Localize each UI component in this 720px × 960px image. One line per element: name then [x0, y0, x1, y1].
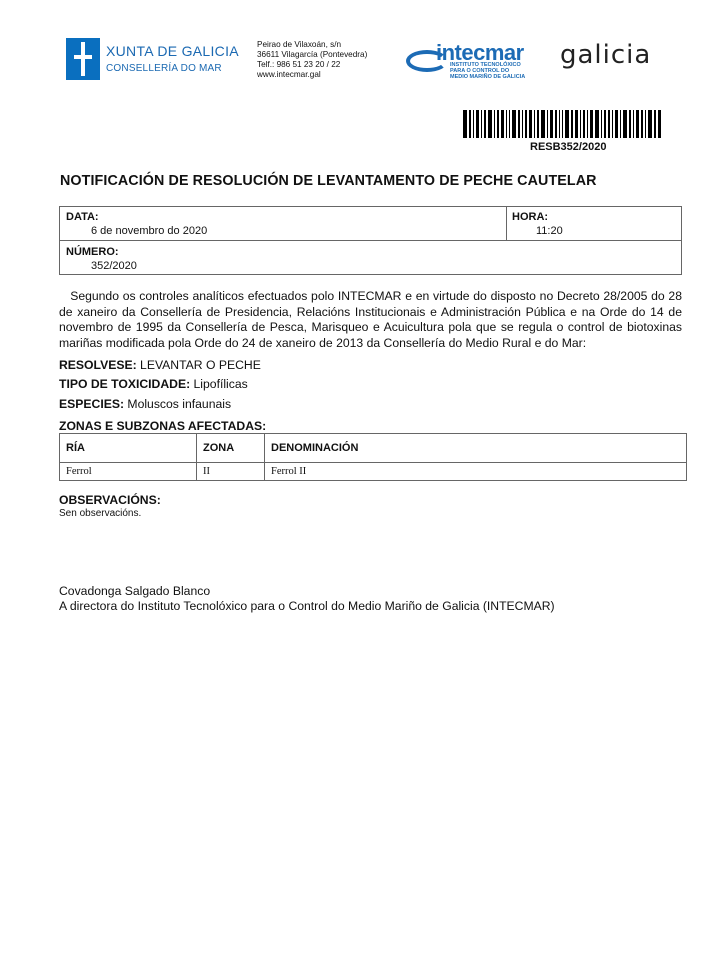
address-line: 36611 Vilagarcía (Pontevedra): [257, 50, 367, 60]
species-field: ESPECIES: Moluscos infaunais: [59, 397, 231, 411]
document-title: NOTIFICACIÓN DE RESOLUCIÓN DE LEVANTAMEN…: [60, 173, 597, 189]
zones-title: ZONAS E SUBZONAS AFECTADAS:: [59, 419, 266, 433]
address-line: Peirao de Vilaxoán, s/n: [257, 40, 367, 50]
cell-zona: II: [197, 463, 265, 481]
xunta-subtitle: CONSELLERÍA DO MAR: [106, 63, 239, 75]
barcode: [463, 110, 679, 138]
cell-denominacion: Ferrol II: [265, 463, 687, 481]
resolvese-label: RESOLVESE:: [59, 358, 137, 372]
intecmar-tagline: INSTITUTO TECNOLÓXICO PARA O CONTROL DO …: [450, 62, 525, 80]
header-zona: ZONA: [197, 434, 265, 463]
header-denominacion: DENOMINACIÓN: [265, 434, 687, 463]
legal-paragraph: Segundo os controles analíticos efectuad…: [59, 289, 682, 351]
resolvese-field: RESOLVESE: LEVANTAR O PECHE: [59, 358, 261, 372]
observations-value: Sen observacións.: [59, 508, 141, 519]
signatory-name: Covadonga Salgado Blanco: [59, 584, 555, 599]
resolvese-value: LEVANTAR O PECHE: [140, 358, 261, 372]
species-label: ESPECIES:: [59, 397, 124, 411]
address-block: Peirao de Vilaxoán, s/n 36611 Vilagarcía…: [257, 40, 367, 80]
number-label: NÚMERO:: [66, 246, 119, 258]
date-value: 6 de novembro do 2020: [91, 225, 207, 237]
website-line: www.intecmar.gal: [257, 70, 367, 80]
intecmar-logo: intecmar INSTITUTO TECNOLÓXICO PARA O CO…: [404, 36, 539, 84]
xunta-logo: XUNTA DE GALICIA CONSELLERÍA DO MAR: [66, 38, 239, 80]
time-label: HORA:: [512, 211, 548, 223]
cell-ria: Ferrol: [60, 463, 197, 481]
info-box: DATA: 6 de novembro do 2020 HORA: 11:20 …: [59, 206, 682, 275]
barcode-label: RESB352/2020: [530, 141, 606, 153]
number-value: 352/2020: [91, 260, 137, 272]
species-value: Moluscos infaunais: [127, 397, 231, 411]
time-value: 11:20: [536, 225, 563, 237]
observations-label: OBSERVACIÓNS:: [59, 493, 161, 507]
header-ria: RÍA: [60, 434, 197, 463]
table-row: Ferrol II Ferrol II: [60, 463, 687, 481]
xunta-title: XUNTA DE GALICIA: [106, 43, 239, 60]
toxicity-field: TIPO DE TOXICIDADE: Lipofílicas: [59, 377, 248, 391]
galicia-logo: galicia: [560, 40, 651, 70]
zones-table: RÍA ZONA DENOMINACIÓN Ferrol II Ferrol I…: [59, 433, 687, 481]
letterhead: XUNTA DE GALICIA CONSELLERÍA DO MAR Peir…: [64, 36, 684, 86]
xunta-flag-icon: [66, 38, 100, 80]
date-label: DATA:: [66, 211, 99, 223]
phone-line: Telf.: 986 51 23 20 / 22: [257, 60, 367, 70]
signatory-role: A directora do Instituto Tecnolóxico par…: [59, 599, 555, 614]
table-header-row: RÍA ZONA DENOMINACIÓN: [60, 434, 687, 463]
signature-block: Covadonga Salgado Blanco A directora do …: [59, 584, 555, 613]
toxicity-label: TIPO DE TOXICIDADE:: [59, 377, 190, 391]
toxicity-value: Lipofílicas: [194, 377, 248, 391]
